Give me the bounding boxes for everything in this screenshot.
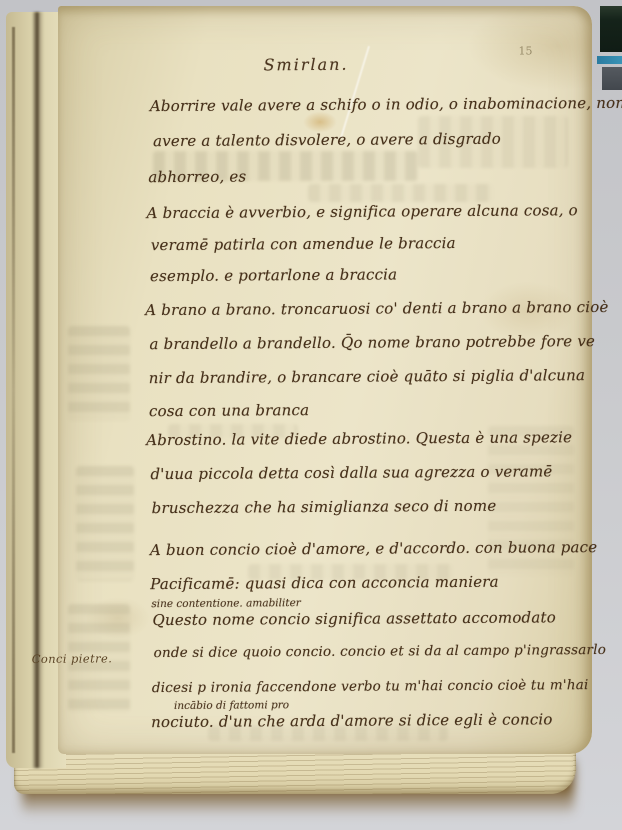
color-calibration-bar-fragment-teal — [597, 56, 622, 64]
handwritten-line: avere a talento disvolere, o avere a dis… — [153, 130, 501, 150]
color-calibration-bar-fragment-dark — [600, 6, 622, 52]
handwritten-line: Questo nome concio significa assettato a… — [152, 608, 556, 629]
handwritten-line: veramē patirla con amendue le braccia — [151, 234, 456, 254]
handwritten-line: nociuto. d'un che arda d'amore si dice e… — [151, 710, 553, 731]
color-calibration-bar-fragment-gray — [602, 67, 622, 90]
handwriting-layer: Smirlan. 15 Aborrire vale avere a schifo… — [0, 0, 622, 830]
handwritten-line: dicesi p ironia faccendone verbo tu m'ha… — [152, 677, 589, 696]
handwritten-line: esemplo. e portarlone a braccia — [150, 265, 397, 285]
manuscript-photo: Smirlan. 15 Aborrire vale avere a schifo… — [0, 0, 622, 830]
handwritten-line: bruschezza che ha simiglianza seco di no… — [152, 497, 497, 517]
handwritten-line: abhorreo, es — [148, 167, 246, 186]
folio-number: 15 — [518, 44, 532, 57]
handwritten-line: d'uua piccola detta così dalla sua agrez… — [150, 462, 552, 483]
handwritten-line: A brano a brano. troncaruosi co' denti a… — [145, 298, 608, 319]
handwritten-line: A buon concio cioè d'amore, e d'accordo.… — [150, 538, 597, 559]
handwritten-line: onde si dice quoio concio. concio et si … — [154, 642, 606, 661]
handwritten-line: nir da brandire, o brancare cioè quāto s… — [149, 366, 586, 387]
handwritten-line: cosa con una branca — [149, 401, 309, 420]
handwritten-line: Pacificamē: quasi dica con acconcia mani… — [150, 573, 499, 593]
section-title: Smirlan. — [263, 55, 348, 75]
handwritten-line: A braccia è avverbio, e significa operar… — [147, 201, 578, 222]
handwritten-interlinear: sine contentione. amabiliter — [151, 597, 301, 610]
handwritten-line: Aborrire vale avere a schifo o in odio, … — [150, 94, 622, 115]
margin-note: Conci pietre. — [32, 651, 113, 666]
handwritten-interlinear: incābio di fattomi pro — [174, 699, 289, 712]
handwritten-line: a brandello a brandello. Q̄o nome brano … — [149, 332, 595, 353]
handwritten-line: Abrostino. la vite diede abrostino. Ques… — [146, 428, 572, 449]
